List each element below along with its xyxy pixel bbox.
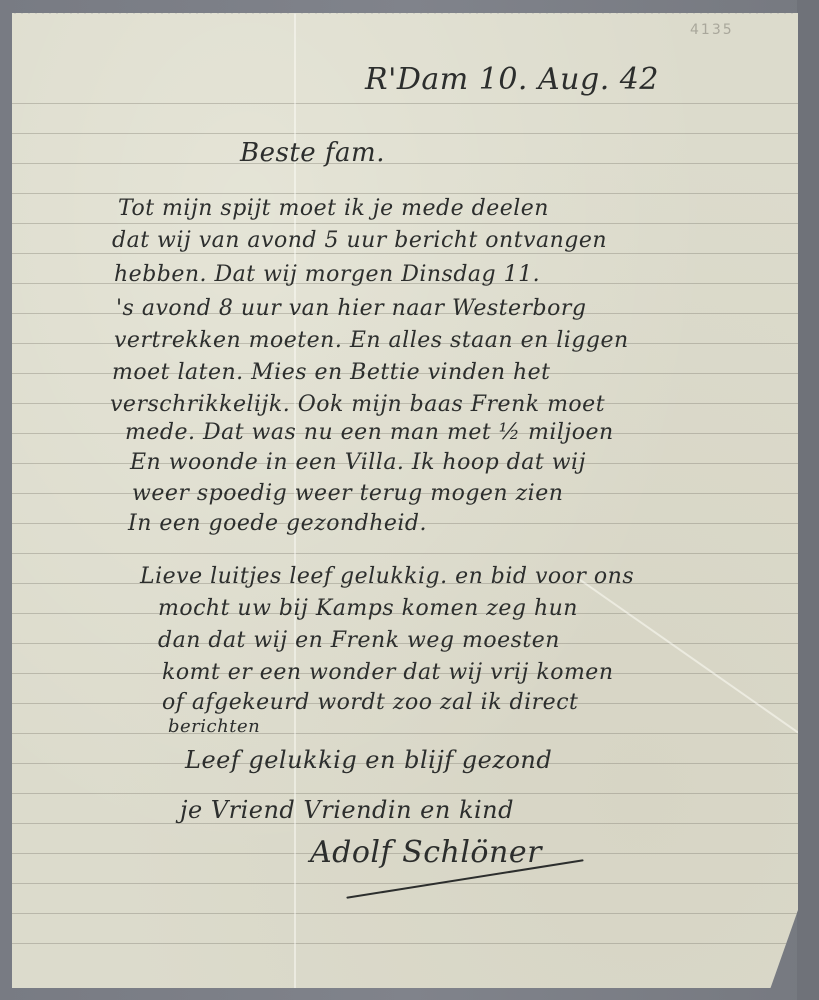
signature: Adolf Schlöner xyxy=(310,835,542,870)
body-line: moet laten. Mies en Bettie vinden het xyxy=(112,360,551,385)
rule-line xyxy=(12,793,798,794)
rule-line xyxy=(12,883,798,884)
body-line: of afgekeurd wordt zoo zal ik direct xyxy=(162,690,578,715)
body-line: 's avond 8 uur van hier naar Westerborg xyxy=(116,296,587,321)
body-line: mocht uw bij Kamps komen zeg hun xyxy=(158,596,578,621)
body-line: vertrekken moeten. En alles staan en lig… xyxy=(114,328,629,353)
body-line: verschrikkelijk. Ook mijn baas Frenk moe… xyxy=(110,392,605,417)
rule-line xyxy=(12,133,798,134)
archive-number: 4135 xyxy=(690,22,734,38)
dateline: R'Dam 10. Aug. 42 xyxy=(365,62,659,97)
body-line: Lieve luitjes leef gelukkig. en bid voor… xyxy=(140,564,634,589)
body-line: komt er een wonder dat wij vrij komen xyxy=(162,660,614,685)
rule-line xyxy=(12,943,798,944)
rule-line xyxy=(12,163,798,164)
rule-line xyxy=(12,733,798,734)
body-line: dan dat wij en Frenk weg moesten xyxy=(158,628,560,653)
body-line: hebben. Dat wij morgen Dinsdag 11. xyxy=(114,262,540,287)
salutation: Beste fam. xyxy=(240,138,385,168)
body-line: Tot mijn spijt moet ik je mede deelen xyxy=(118,196,549,221)
rule-line xyxy=(12,193,798,194)
rule-line xyxy=(12,913,798,914)
rule-line xyxy=(12,253,798,254)
rule-line xyxy=(12,553,798,554)
closing-line: je Vriend Vriendin en kind xyxy=(180,796,514,824)
body-line: En woonde in een Villa. Ik hoop dat wij xyxy=(130,450,586,475)
body-line: berichten xyxy=(168,716,260,737)
body-line: In een goede gezondheid. xyxy=(128,511,427,536)
body-line: mede. Dat was nu een man met ½ miljoen xyxy=(125,420,614,445)
rule-line xyxy=(12,223,798,224)
scanner-edge xyxy=(797,0,819,1000)
rule-line xyxy=(12,103,798,104)
closing-line: Leef gelukkig en blijf gezond xyxy=(185,746,552,774)
body-line: dat wij van avond 5 uur bericht ontvange… xyxy=(112,228,607,253)
body-line: weer spoedig weer terug mogen zien xyxy=(132,481,563,506)
